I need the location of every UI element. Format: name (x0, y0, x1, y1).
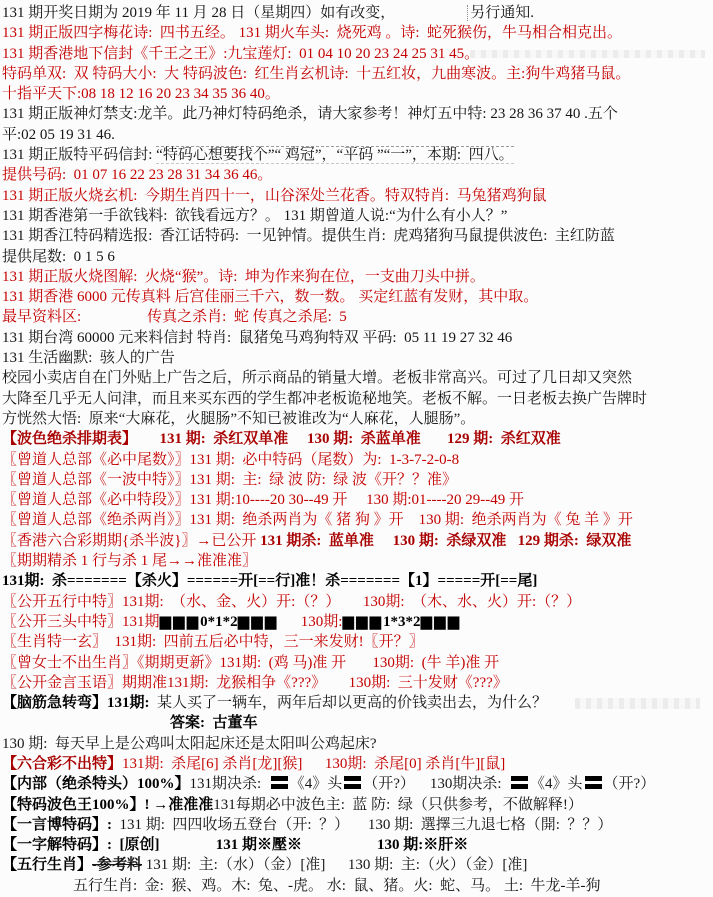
text-segment: 【五行生肖】 (2, 857, 92, 873)
yuqian-liao: 131 期香港第一手欲钱料: 欲钱看远方？。 131 期曾道人说:“为什么有小人… (0, 206, 713, 226)
artifact-smudge (575, 698, 700, 709)
internal-kill-head: 【内部（绝杀特头）100%】131期决杀: 《4》头（开?） 130期决杀: 《… (0, 774, 713, 794)
zodiac-mystery: 〖生肖特一玄〗 131期: 四前五后必中特，三一来发财!〖开？〗 (0, 632, 713, 652)
text-segment: “特码心想要找个”“ 鸡冠”，“平码 ”“一”，本期: 四八。 (156, 146, 513, 164)
shendeng-ping-continuation: 平:02 05 19 31 46. (0, 125, 713, 145)
text-segment: 另行通知. (467, 5, 534, 21)
text-segment: 特码单双: 双 特码大小: 大 特码波色: 红生肖玄机诗: 十五红妆，九曲寒波。… (2, 66, 630, 82)
double-bar-icon (585, 776, 602, 789)
text-segment: 131 期香江特码精选报: 香江话特码: 一见钟情。提供生肖: 虎鸡猪狗马鼠提供… (2, 228, 615, 244)
text-segment: 131 期正版特平码信封: (2, 147, 156, 163)
meihua-poem: 131 期正版四字梅花诗: 四书五经。 131 期火车头: 烧死鸡 。诗: 蛇死… (0, 23, 713, 43)
text-segment: 131 期正版火烧玄机: 今期生肖四十一，山谷深处兰花香。特双特肖: 马兔猪鸡狗… (2, 188, 547, 204)
xiangjiang-report: 131 期香江特码精选报: 香江话特码: 一见钟情。提供生肖: 虎鸡猪狗马鼠提供… (0, 226, 713, 246)
double-bar-icon (511, 776, 528, 789)
kill-fire-line: 131期: 杀=======【杀火】======开[==行]准！杀=======… (0, 571, 713, 591)
text-segment: ▆▆▆ (160, 614, 201, 630)
text-segment: 131期: 杀=======【杀火】======开[==行]准！杀=======… (2, 573, 537, 589)
text-segment: 【一字解特码】: [原创] (2, 837, 160, 853)
text-segment: -参考料 (92, 857, 142, 873)
zengdaoren-wave: 〖曾道人总部《一波中特》〗131 期: 主: 绿 波 防: 绿 波《开？？准》 (0, 470, 713, 490)
text-segment: 0*1*2 (200, 614, 238, 630)
text-segment: （开?） 130期决杀: (363, 776, 509, 792)
redacted-gap (81, 319, 147, 321)
text-segment: 〖曾道人总部《必中特段》〗131 期:10----20 30--49 开 130… (2, 492, 524, 508)
not-out-special: 【六合彩不出特】131期: 杀尾[6] 杀肖[龙][猴] 130期: 杀尾[0]… (0, 754, 713, 774)
five-element-zodiac: 【五行生肖】-参考料 131 期: 主:（水）（金）[准] 130 期: 主:（… (0, 855, 713, 875)
text-segment: 131 期杀: 蓝单准 (260, 533, 374, 549)
text-segment: 【波色绝杀排期表】 131 期: 杀红双单准 130 期: 杀蓝单准 129 期… (2, 431, 561, 447)
text-segment: 〖公开五行中特〗131期: （水、金、火）开:（？） 130期: （木、水、火）… (2, 594, 581, 610)
zengdaoren-segment: 〖曾道人总部《必中特段》〗131 期:10----20 30--49 开 130… (0, 490, 713, 510)
hk-kill-half-wave: 〖香港六合彩期期{杀半波}〗→已公开 131 期杀: 蓝单准 130 期: 杀绿… (0, 531, 713, 551)
text-segment: 131 期※壓※ (216, 837, 302, 853)
text-segment: 131 期: 四四收场五登台（开: ？） 130 期: 選擇三九退七格（開: ？… (116, 817, 613, 833)
text-segment: 平:02 05 19 31 46. (2, 127, 115, 143)
brain-teaser-answer: 答案: 古董车 (0, 713, 713, 733)
text-segment: 《4》头 (530, 776, 583, 792)
text-segment: 最早资料区: (2, 309, 81, 325)
one-word-special: 【一言博特码】: 131 期: 四四收场五登台（开: ？） 130 期: 選擇三… (0, 815, 713, 835)
madam-zeng-excluded-zodiac: 〖曾女士不出生肖〗《期期更新》131期: (鸡 马)准 开 130期: (牛 羊… (0, 653, 713, 673)
wave-color-kill-schedule: 【波色绝杀排期表】 131 期: 杀红双单准 130 期: 杀蓝单准 129 期… (0, 429, 713, 449)
text-segment: 131 期台湾 60000 元来料信封 特肖: 鼠猪兔马鸡狗特双 平码: 05 … (2, 330, 512, 346)
text-segment: 1*3*2 (383, 614, 421, 630)
artifact-smudge (470, 50, 705, 58)
te-ping-envelope: 131 期正版特平码信封: “特码心想要找个”“ 鸡冠”，“平码 ”“一”，本期… (0, 145, 713, 165)
double-bar-icon (271, 776, 288, 789)
text-segment (160, 837, 216, 853)
wave-color-king: 【特码波色王100%】! →准准准131每期必中波色主: 蓝 防: 绿（只供参考… (0, 795, 713, 815)
text-segment: 【内部（绝杀特头）100%】 (2, 776, 190, 792)
five-element-zodiac-detail: 五行生肖: 金: 猴、鸡。木: 兔、-虎。 水: 鼠、猪。火: 蛇、马。 土: … (0, 876, 713, 896)
taiwan-60000-envelope: 131 期台湾 60000 元来料信封 特肖: 鼠猪兔马鸡狗特双 平码: 05 … (0, 328, 713, 348)
golden-words: 〖公开金言玉语〗期期准131期: 龙猴相争《???》 130期: 三十发财《??… (0, 673, 713, 693)
text-segment: 131 期香港地下信封《千王之王》:九宝莲灯: 01 04 10 20 23 2… (2, 46, 479, 62)
provided-tails: 提供尾数: 0 1 5 6 (0, 247, 713, 267)
text-segment: 答案: 古董车 (170, 715, 258, 731)
ten-fingers-numbers: 十指平天下:08 18 12 16 20 23 34 35 36 40。 (0, 84, 713, 104)
text-segment: 131 期正版四字梅花诗: 四书五经。 131 期火车头: 烧死鸡 。诗: 蛇死… (2, 25, 622, 41)
text-segment: 方恍然大悟: 原来“大麻花，火腿肠”不知已被谁改为“人麻花，人腿肠”。 (2, 411, 475, 427)
huoshao-xuanji: 131 期正版火烧玄机: 今期生肖四十一，山谷深处兰花香。特双特肖: 马兔猪鸡狗… (0, 186, 713, 206)
text-segment: 129 期杀: 绿双准 (518, 533, 632, 549)
text-segment: （开?） (604, 776, 656, 792)
text-segment: 《4》头 (290, 776, 343, 792)
text-segment: 【六合彩不出特】 (2, 756, 122, 772)
text-segment: 某人买了一辆车，两年后却以更高的价钱卖出去，为什么？ (153, 695, 547, 711)
one-char-special: 【一字解特码】: [原创] 131 期※壓※ 130 期:※肝※ (0, 835, 713, 855)
text-segment: 130 期:※肝※ (377, 837, 468, 853)
text-segment: 130 期: 杀绿双准 (393, 533, 507, 549)
text-segment (374, 533, 393, 549)
tema-attributes: 特码单双: 双 特码大小: 大 特码波色: 红生肖玄机诗: 十五红妆，九曲寒波。… (0, 64, 713, 84)
hk-6000-fax: 131 期香港 6000 元传真料 后宫佳丽三千六，数一数。 买定红蓝有发财，其… (0, 287, 713, 307)
humor-story-2: 大降至几乎无人问津，而且来买东西的学生都冲老板诡秘地笑。老板不解。一日老板去换广… (0, 389, 713, 409)
text-segment: 131 期正版神灯禁支:龙羊。此乃神灯特码绝杀，请大家参考！神灯五中特: 23 … (2, 106, 618, 122)
text-segment: 传真之杀肖: 蛇 传真之杀尾: 5 (147, 309, 347, 325)
brain-teaser-130: 130 期: 每天早上是公鸡叫太阳起床还是太阳叫公鸡起床? (0, 734, 713, 754)
text-segment: 130期: (278, 614, 342, 630)
kill-row-tail: 〖期期精杀 1 行与杀 1 尾→→准准准〗 (0, 551, 713, 571)
text-segment: 【脑筋急转弯】131期: (2, 695, 153, 711)
text-segment: 【一言博特码】: (2, 817, 116, 833)
text-segment: 131 期香港 6000 元传真料 后宫佳丽三千六，数一数。 买定红蓝有发财，其… (2, 289, 538, 305)
lottery-info-page: { "meta": { "page_kind": "mark-six lotte… (0, 0, 713, 897)
text-segment: 131 期正版火烧图解: 火烧“猴”。诗: 坤为作来狗在位，一支曲刀头中拼。 (2, 269, 485, 285)
three-heads-public: 〖公开三头中特〗131期▆▆▆0*1*2▆▆▆ 130期:▆▆▆1*3*2▆▆▆ (0, 612, 713, 632)
text-segment: 〖曾道人总部《一波中特》〗131 期: 主: 绿 波 防: 绿 波《开？？准》 (2, 472, 457, 488)
text-segment: ▆▆▆ (421, 614, 462, 630)
text-segment: 【特码波色王100%】! →准准准 (2, 797, 213, 813)
text-segment: 〖生肖特一玄〗 131期: 四前五后必中特，三一来发财!〖开？〗 (2, 634, 424, 650)
text-segment (506, 533, 517, 549)
text-segment: 〖曾道人总部《绝杀两肖》〗131 期: 绝杀两肖为《 猪 狗 》开 130 期:… (2, 512, 633, 528)
five-elements-public: 〖公开五行中特〗131期: （水、金、火）开:（？） 130期: （木、水、火）… (0, 592, 713, 612)
text-segment: 校园小卖店自在门外贴上广告之后，所示商品的销量大增。老板非常高兴。可过了几日却又… (2, 370, 632, 386)
text-segment: 提供尾数: 0 1 5 6 (2, 249, 115, 265)
draw-date-notice: 131 期开奖日期为 2019 年 11 月 28 日（星期四）如有改变，另行通… (0, 3, 713, 23)
text-segment: 131期决杀: (190, 776, 269, 792)
text-segment: 131 期: 主:（水）（金）[准] 130 期: 主:（火）（金）[准] (142, 857, 527, 873)
text-segment: 十指平天下:08 18 12 16 20 23 34 35 36 40。 (2, 86, 280, 102)
text-segment: 〖公开三头中特〗131期 (2, 614, 160, 630)
huoshao-diagram: 131 期正版火烧图解: 火烧“猴”。诗: 坤为作来狗在位，一支曲刀头中拼。 (0, 267, 713, 287)
text-segment: 五行生肖: 金: 猴、鸡。木: 兔、-虎。 水: 鼠、猪。火: 蛇、马。 土: … (73, 878, 601, 894)
zengdaoren-kill-two-zodiac: 〖曾道人总部《绝杀两肖》〗131 期: 绝杀两肖为《 猪 狗 》开 130 期:… (0, 510, 713, 530)
text-segment: 131 期开奖日期为 2019 年 11 月 28 日（星期四）如有改变， (2, 5, 395, 21)
text-segment: 130 期: 每天早上是公鸡叫太阳起床还是太阳叫公鸡起床? (2, 736, 377, 752)
earliest-data-zone: 最早资料区:传真之杀肖: 蛇 传真之杀尾: 5 (0, 307, 713, 327)
document-body: 131 期开奖日期为 2019 年 11 月 28 日（星期四）如有改变，另行通… (0, 0, 713, 896)
double-bar-icon (344, 776, 361, 789)
humor-story-3: 方恍然大悟: 原来“大麻花，火腿肠”不知已被谁改为“人麻花，人腿肠”。 (0, 409, 713, 429)
life-humor-title: 131 生活幽默: 骇人的广告 (0, 348, 713, 368)
text-segment: 131 期香港第一手欲钱料: 欲钱看远方？。 131 期曾道人说:“为什么有小人… (2, 208, 507, 224)
redacted-gap (395, 15, 467, 17)
text-segment (302, 837, 377, 853)
humor-story-1: 校园小卖店自在门外贴上广告之后，所示商品的销量大增。老板非常高兴。可过了几日却又… (0, 368, 713, 388)
text-segment: 大降至几乎无人问津，而且来买东西的学生都冲老板诡秘地笑。老板不解。一日老板去换广… (2, 391, 647, 407)
text-segment: 〖公开金言玉语〗期期准131期: 龙猴相争《???》 130期: 三十发财《??… (2, 675, 508, 691)
text-segment: 〖期期精杀 1 行与杀 1 尾→→准准准〗 (2, 553, 257, 569)
text-segment: ▆▆▆ (238, 614, 279, 630)
text-segment: 131 生活幽默: 骇人的广告 (2, 350, 175, 366)
text-segment: 〖香港六合彩期期{杀半波}〗→已公开 (2, 533, 260, 549)
text-segment: 〖曾道人总部《必中尾数》〗131 期: 必中特码（尾数）为: 1-3-7-2-0… (2, 452, 459, 468)
text-segment: 131期: 杀尾[6] 杀肖[龙][猴] 130期: 杀尾[0] 杀肖[牛][鼠… (122, 756, 505, 772)
provided-numbers: 提供号码: 01 07 16 22 23 28 31 34 36 46。 (0, 165, 713, 185)
shendeng-ban: 131 期正版神灯禁支:龙羊。此乃神灯特码绝杀，请大家参考！神灯五中特: 23 … (0, 104, 713, 124)
text-segment: 131每期必中波色主: 蓝 防: 绿（只供参考，不做解释!） (213, 797, 583, 813)
zengdaoren-tail-numbers: 〖曾道人总部《必中尾数》〗131 期: 必中特码（尾数）为: 1-3-7-2-0… (0, 450, 713, 470)
text-segment: ▆▆▆ (342, 614, 383, 630)
text-segment: 〖曾女士不出生肖〗《期期更新》131期: (鸡 马)准 开 130期: (牛 羊… (2, 655, 499, 671)
text-segment: 提供号码: 01 07 16 22 23 28 31 34 36 46。 (2, 167, 272, 183)
